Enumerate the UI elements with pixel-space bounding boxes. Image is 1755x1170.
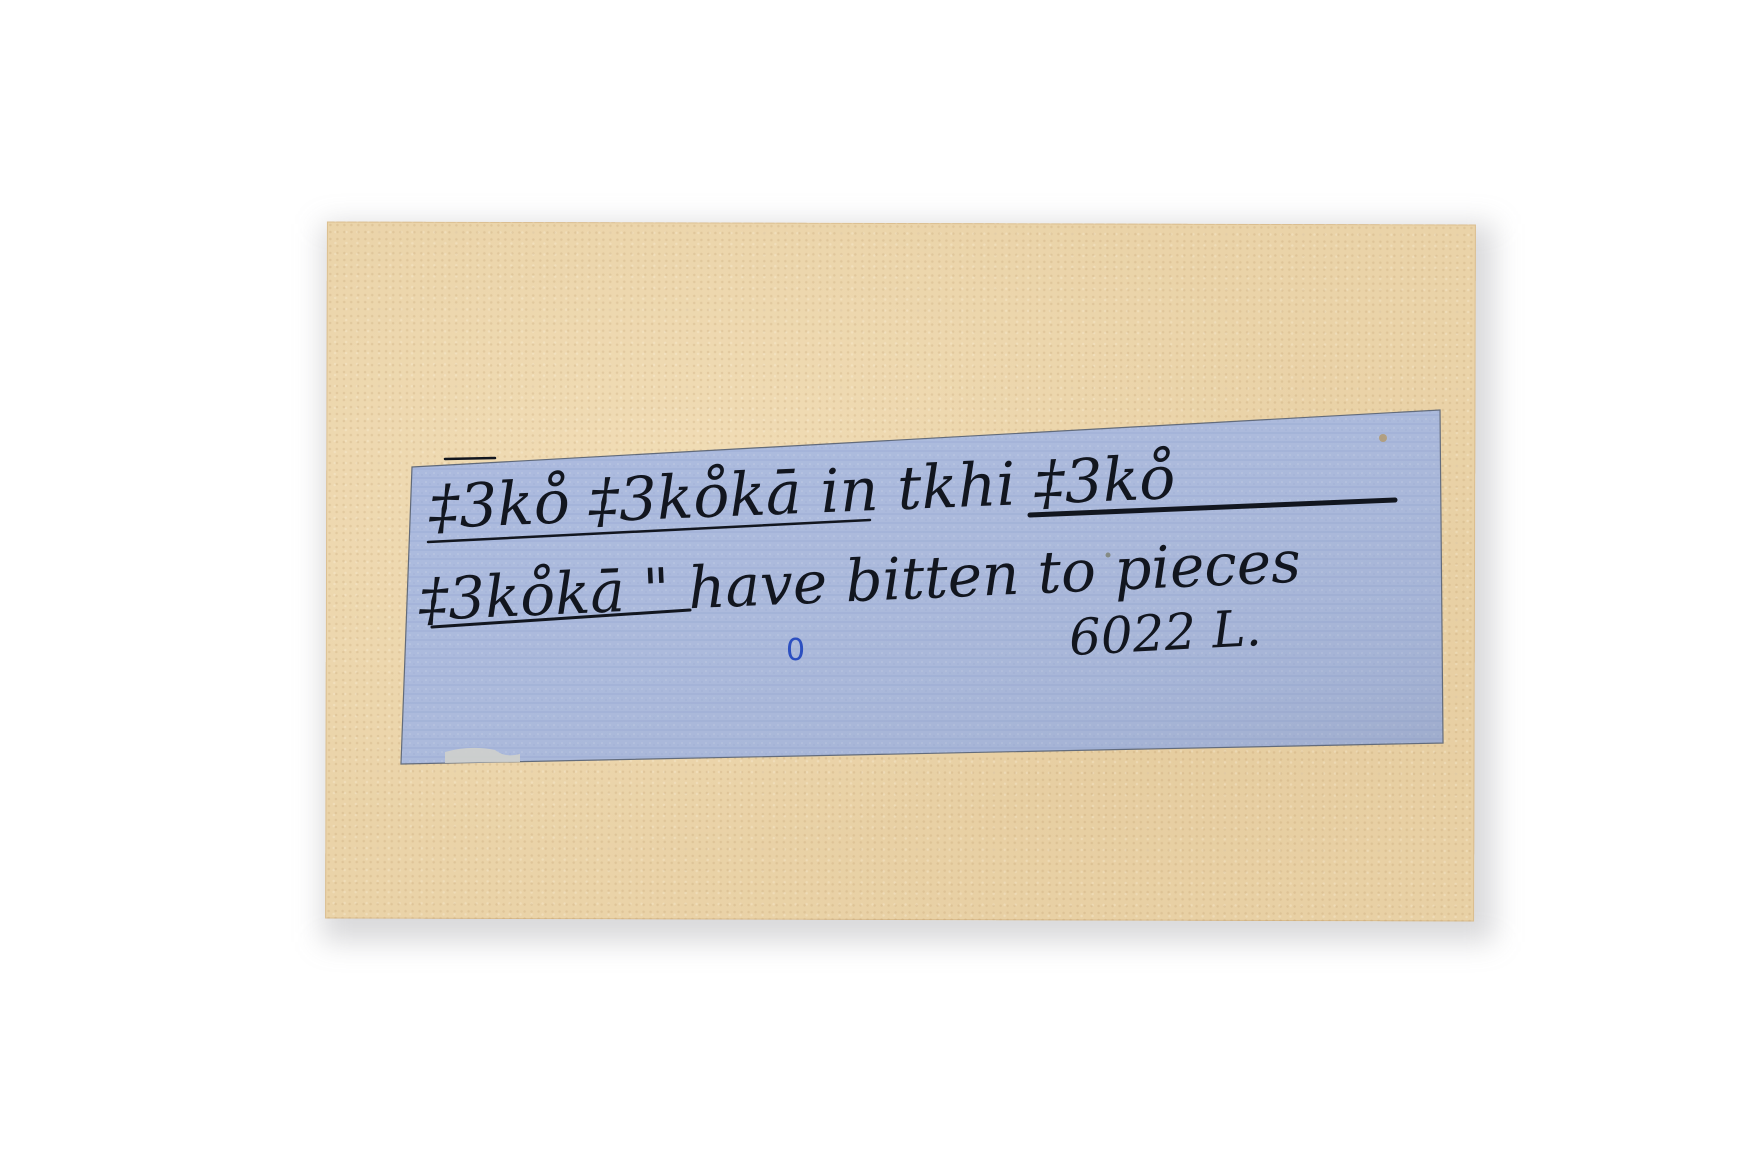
photo-stage: ‡3ko̊ ‡3ko̊kā in tkhi ‡3ko̊ ‡3ko̊kā " ha… [0, 0, 1755, 1170]
mounting-card [325, 221, 1476, 921]
